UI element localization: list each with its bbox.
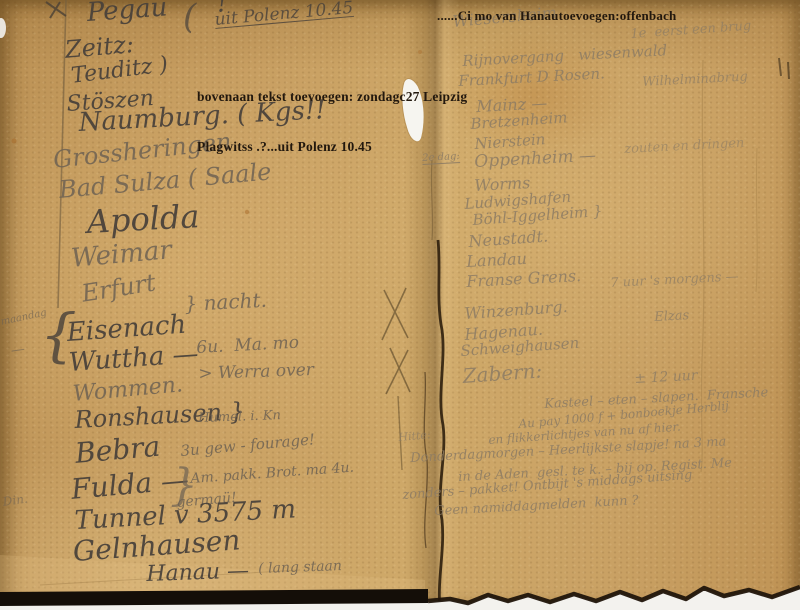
handwritten-line: Franse Grens.: [466, 268, 582, 290]
handwritten-line: ± 12 uur: [634, 369, 698, 386]
handwritten-line: Bretzenheim: [470, 110, 568, 132]
handwritten-line: Landau: [466, 251, 527, 270]
handwritten-line: Zabern:: [462, 360, 543, 386]
handwritten-line: Wilhelminabrug: [642, 70, 748, 89]
typed-annotation-note: bovenaan tekst toevoegen: zondagc27 Leip…: [197, 56, 467, 188]
typed-note-line1: bovenaan tekst toevoegen: zondagc27 Leip…: [197, 89, 467, 106]
handwritten-line: Winzenburg.: [464, 299, 568, 322]
handwritten-line: Elzas: [654, 309, 690, 324]
handwritten-line: Hitte:: [398, 429, 431, 443]
typed-annotation-top-right: ......Ci mo van Hanautoevoegen:offenbach: [437, 8, 676, 24]
handwritten-line: Rijnovergang wiesenwald: [462, 43, 668, 69]
handwritten-line: Oppenheim —: [474, 148, 596, 171]
handwritten-line: Frankfurt D Rosen.: [458, 66, 605, 89]
handwritten-line: Neustadt.: [468, 228, 549, 250]
document-scan: Pegau !(uit Polenz 10.45Zeitz:Teuditz )S…: [0, 0, 800, 610]
handwritten-line: 7 uur 's morgens —: [610, 270, 739, 290]
handwritten-line: zouten en dringen: [624, 137, 745, 156]
typed-note-line2: Plagwitss .?...uit Polenz 10.45: [197, 139, 467, 156]
